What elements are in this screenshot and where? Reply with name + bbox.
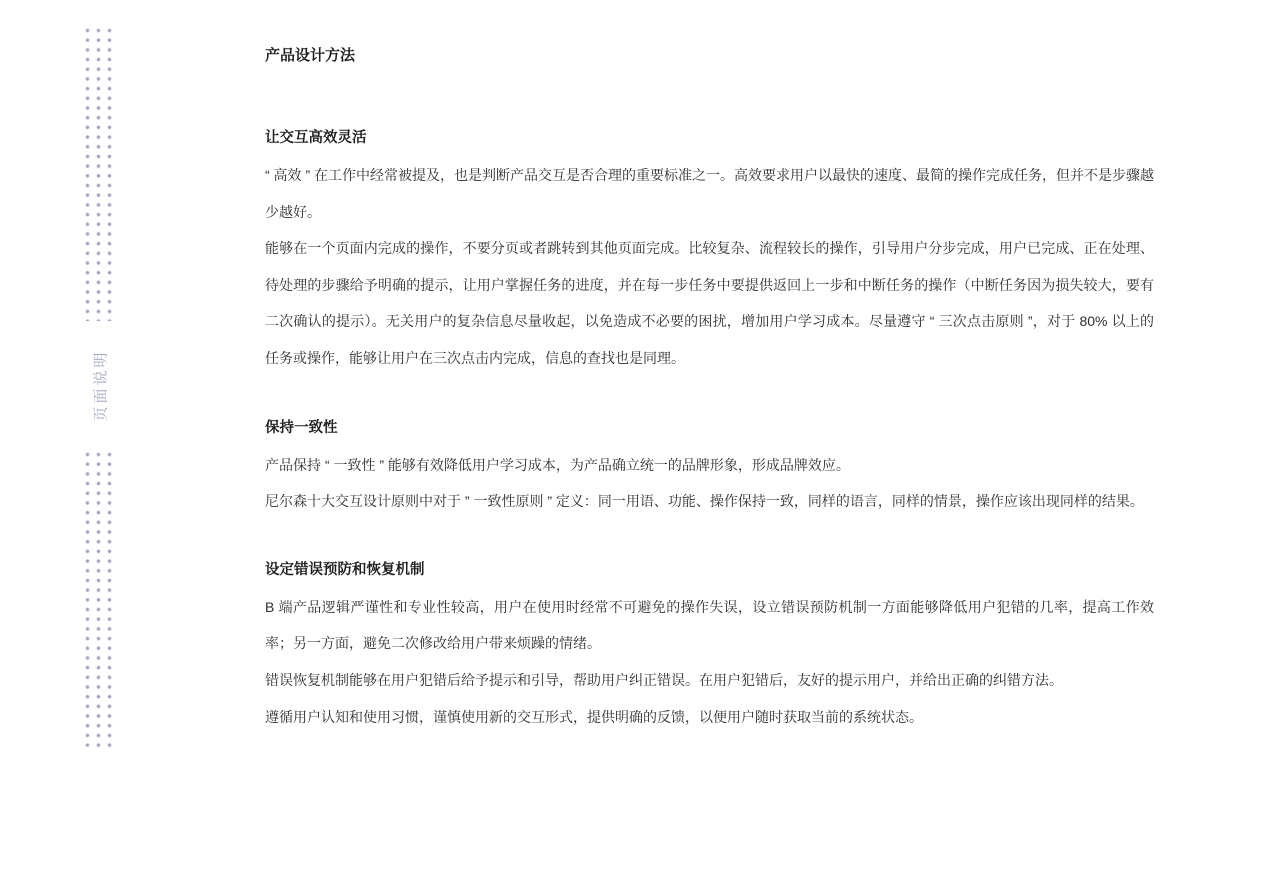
section-error-prevention: 设定错误预防和恢复机制 B 端产品逻辑严谨性和专业性较高，用户在使用时经常不可避… — [265, 559, 1154, 735]
page: { "page": { "title": "产品设计方法", "backgrou… — [0, 0, 1280, 896]
document-content: 产品设计方法 让交互高效灵活 “ 高效 ” 在工作中经常被提及，也是判断产品交互… — [265, 45, 1154, 735]
section-heading: 保持一致性 — [265, 417, 1154, 439]
paragraph: “ 高效 ” 在工作中经常被提及，也是判断产品交互是否合理的重要标准之一。高效要… — [265, 157, 1154, 230]
page-title: 产品设计方法 — [265, 45, 1154, 67]
paragraph: 错误恢复机制能够在用户犯错后给予提示和引导，帮助用户纠正错误。在用户犯错后，友好… — [265, 662, 1154, 699]
dot-grid-bottom — [85, 452, 114, 747]
dot-grid-top — [85, 28, 114, 321]
page-section-rail-label: 页面说明 — [90, 340, 111, 432]
paragraph: 产品保持 “ 一致性 ” 能够有效降低用户学习成本，为产品确立统一的品牌形象，形… — [265, 447, 1154, 484]
paragraph: 遵循用户认知和使用习惯，谨慎使用新的交互形式，提供明确的反馈，以便用户随时获取当… — [265, 699, 1154, 736]
section-consistency: 保持一致性 产品保持 “ 一致性 ” 能够有效降低用户学习成本，为产品确立统一的… — [265, 417, 1154, 520]
section-efficient-interaction: 让交互高效灵活 “ 高效 ” 在工作中经常被提及，也是判断产品交互是否合理的重要… — [265, 127, 1154, 377]
paragraph: 尼尔森十大交互设计原则中对于 ” 一致性原则 ” 定义：同一用语、功能、操作保持… — [265, 483, 1154, 520]
paragraph: B 端产品逻辑严谨性和专业性较高，用户在使用时经常不可避免的操作失误，设立错误预… — [265, 589, 1154, 662]
section-heading: 设定错误预防和恢复机制 — [265, 559, 1154, 581]
paragraph: 能够在一个页面内完成的操作，不要分页或者跳转到其他页面完成。比较复杂、流程较长的… — [265, 230, 1154, 376]
section-heading: 让交互高效灵活 — [265, 127, 1154, 149]
